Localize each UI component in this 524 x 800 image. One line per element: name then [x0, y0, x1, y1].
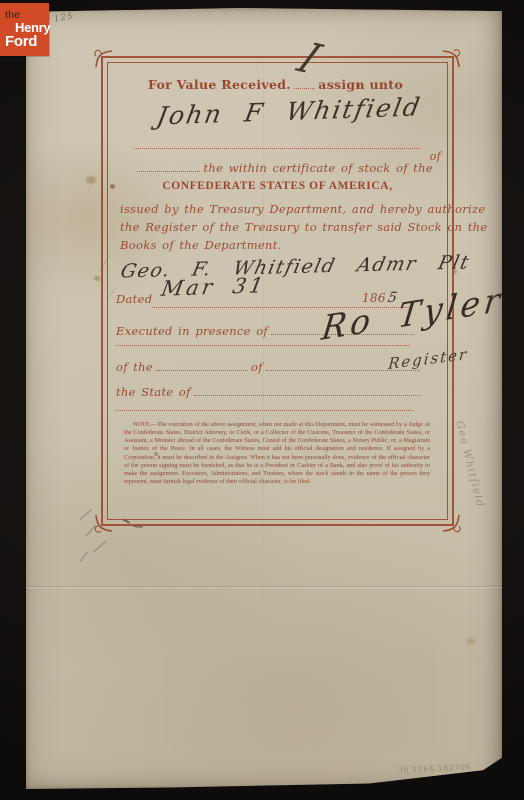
- henry-ford-logo: the Henry Ford: [0, 3, 49, 56]
- of-the-line: of the of: [116, 360, 423, 374]
- handwritten-assignee-name: John F Whitfield: [155, 92, 424, 130]
- dotted-leader: [294, 88, 315, 89]
- catalog-number: 30.1164.182706: [398, 762, 472, 775]
- dotted-leader: [137, 171, 200, 172]
- corner-ornament-icon: [92, 47, 114, 69]
- within-certificate-line: the within certificate of stock of the: [134, 161, 433, 175]
- corner-ornament-icon: [441, 513, 463, 535]
- ink-showthrough: [165, 651, 437, 751]
- executed-label: Executed in presence of: [116, 324, 268, 338]
- stain: [86, 176, 96, 184]
- value-received-label: For Value Received.: [148, 77, 291, 92]
- dotted-leader: [194, 395, 420, 396]
- dotted-underline: [116, 409, 413, 411]
- handwritten-initial: I: [290, 35, 329, 83]
- stain: [466, 638, 475, 645]
- corner-ornament-icon: [441, 47, 463, 69]
- pencil-scribble: [80, 509, 93, 521]
- logo-text-ford: Ford: [5, 33, 37, 50]
- state-line: the State of: [116, 385, 423, 399]
- corner-ornament-icon: [92, 513, 114, 535]
- pencil-annotation-number: 125: [53, 11, 74, 24]
- pencil-scribble: [80, 552, 88, 562]
- photo-backdrop: 125 For Value Received. assign un: [0, 0, 524, 800]
- assign-unto-label: assign unto: [318, 77, 403, 92]
- document-title: CONFEDERATE STATES OF AMERICA,: [108, 180, 447, 192]
- document-paper: 125 For Value Received. assign un: [26, 8, 502, 789]
- value-received-line: For Value Received. assign unto: [108, 77, 447, 92]
- dated-label: Dated: [116, 292, 152, 306]
- dotted-underline: [134, 147, 421, 149]
- pencil-annotation-side: Geo Whitfield: [453, 420, 485, 509]
- handwritten-date: Mar 31: [160, 273, 268, 301]
- of-mid-label: of: [251, 360, 263, 374]
- dotted-underline: [116, 344, 409, 346]
- body-text-line-1: issued by the Treasury Department, and h…: [120, 202, 485, 216]
- printed-border-frame: For Value Received. assign unto I John F…: [107, 62, 448, 520]
- dotted-leader: [156, 370, 248, 371]
- note-paragraph: NOTE.—The execution of the above assignm…: [124, 421, 430, 486]
- state-label: the State of: [116, 385, 191, 399]
- body-text-line-2: the Register of the Treasury to transfer…: [120, 220, 487, 234]
- pencil-scribble: [93, 541, 106, 552]
- of-the-label: of the: [116, 360, 153, 374]
- body-text-line-3: Books of the Department.: [120, 238, 282, 252]
- within-certificate-label: the within certificate of stock of the: [203, 161, 433, 175]
- stain: [94, 276, 100, 281]
